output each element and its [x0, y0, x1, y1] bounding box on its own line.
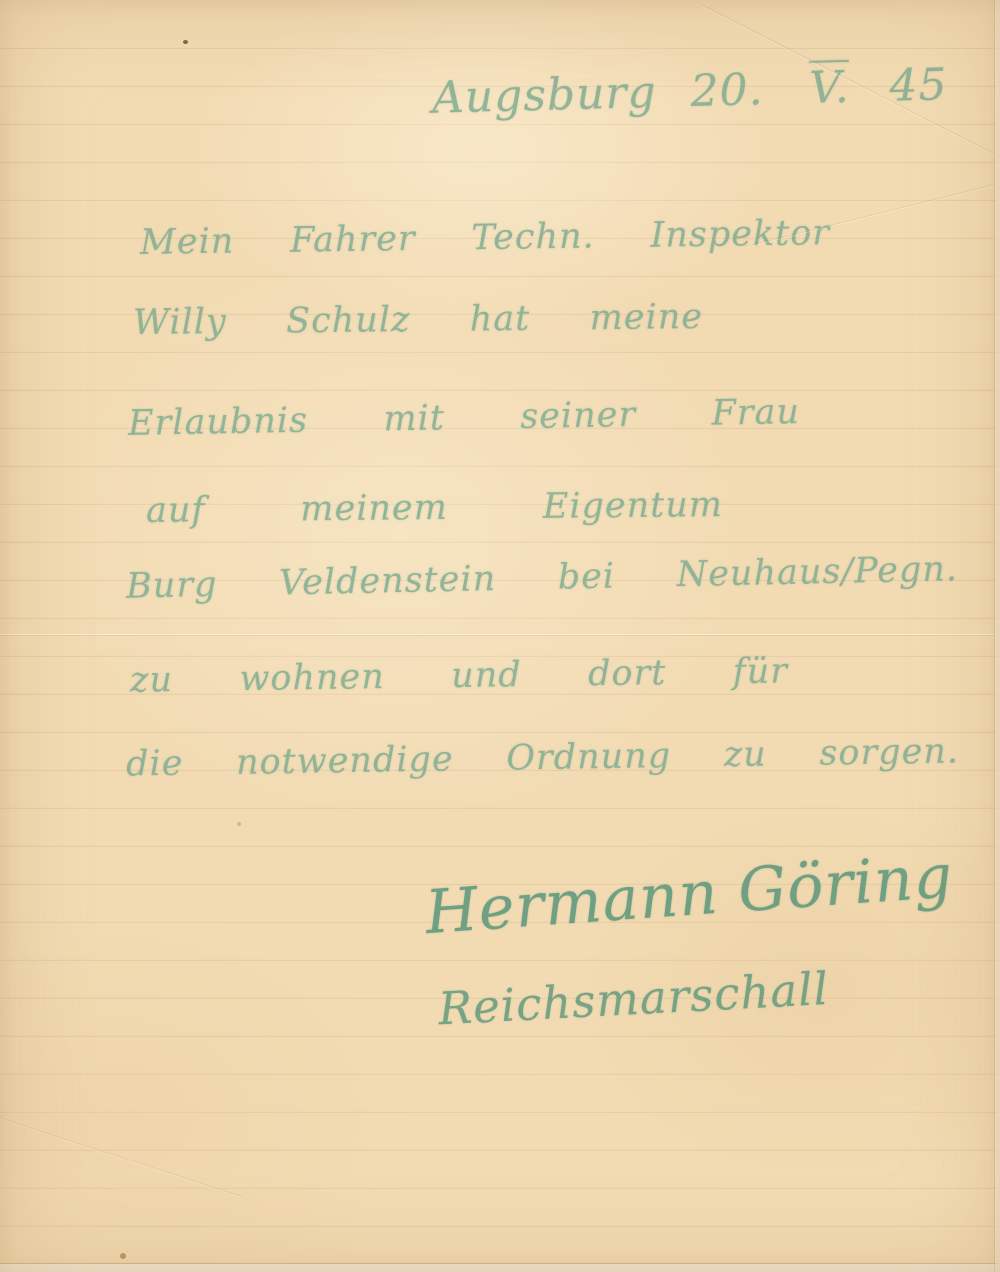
horizontal-fold-crease: [0, 634, 1000, 636]
handwritten-line-5: Burg Veldenstein bei Neuhaus/Pegn.: [126, 549, 959, 606]
handwritten-line-1: Mein Fahrer Techn. Inspektor: [140, 213, 830, 263]
handwritten-line-3: Erlaubnis mit seiner Frau: [128, 392, 801, 444]
diagonal-crease-bottom-left: [0, 1104, 243, 1198]
handwritten-line-2: Willy Schulz hat meine: [133, 297, 703, 343]
paper-speck: [183, 40, 188, 44]
paper-speck: [120, 1253, 126, 1259]
handwritten-line-7: die notwendige Ordnung zu sorgen.: [126, 731, 960, 784]
dateline: Augsburg 20. V. 45: [431, 59, 948, 123]
letter-sheet: Augsburg 20. V. 45 Mein Fahrer Techn. In…: [0, 0, 1000, 1272]
handwritten-line-6: zu wohnen und dort für: [130, 651, 788, 700]
signature-title: Reichsmarschall: [437, 962, 837, 1036]
paper-edge-right: [994, 0, 1000, 1272]
dateline-year: 45: [889, 59, 948, 112]
dateline-day: 20.: [690, 64, 764, 117]
dateline-place: Augsburg: [431, 67, 657, 124]
signature-name: Hermann Göring: [423, 846, 892, 948]
handwritten-line-4: auf meinem Eigentum: [146, 485, 723, 531]
paper-speck: [237, 822, 241, 826]
paper-edge-bottom: [0, 1263, 1000, 1272]
dateline-month-roman: V.: [809, 62, 850, 114]
